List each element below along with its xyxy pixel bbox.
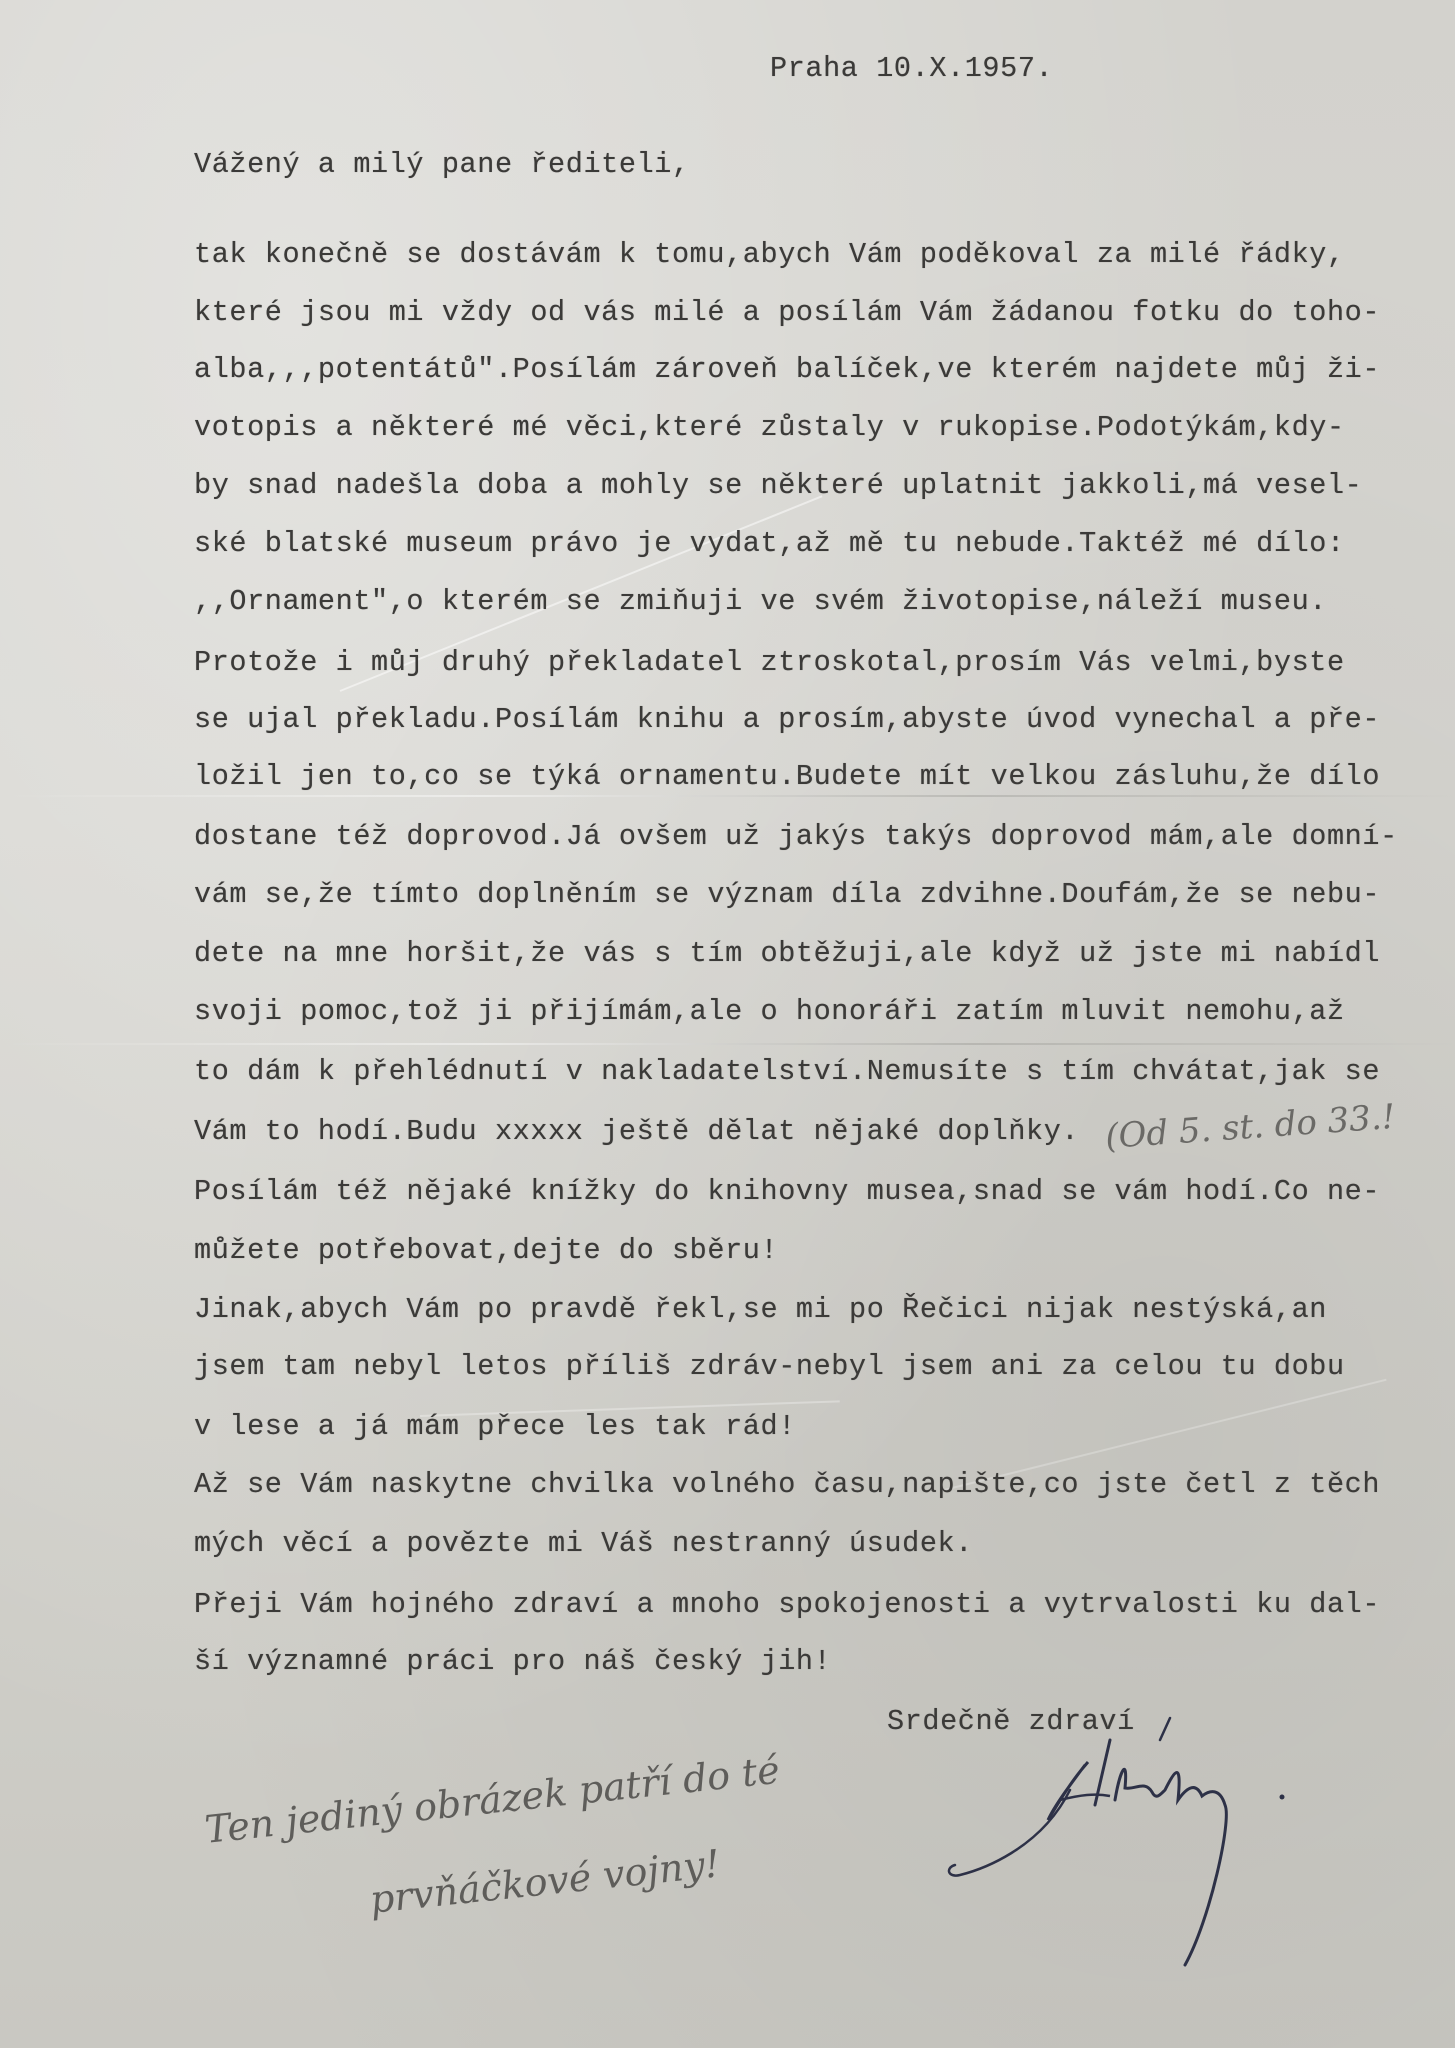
body-line: můžete potřebovat,dejte do sběru! [194, 1234, 778, 1267]
body-line: to dám k přehlédnutí v nakladatelství.Ne… [194, 1055, 1380, 1088]
body-line: jsem tam nebyl letos příliš zdráv-nebyl … [194, 1350, 1345, 1383]
handwritten-margin-note: (Od 5. st. do 33.! [1104, 1097, 1397, 1157]
body-line: alba,,,potentátů".Posílám zároveň balíče… [194, 353, 1380, 386]
body-line: Vám to hodí.Budu xxxxx ještě dělat nějak… [194, 1115, 1079, 1148]
body-line: ložil jen to,co se týká ornamentu.Budete… [194, 760, 1380, 793]
body-line: Až se Vám naskytne chvilka volného času,… [194, 1468, 1380, 1501]
body-line: Posílám též nějaké knížky do knihovny mu… [194, 1175, 1380, 1208]
body-line: svoji pomoc,tož ji přijímám,ale o honorá… [194, 995, 1345, 1028]
body-line: vám se,že tímto doplněním se význam díla… [194, 878, 1380, 911]
body-line: Jinak,abych Vám po pravdě řekl,se mi po … [194, 1293, 1327, 1326]
body-line: dostane též doprovod.Já ovšem už jakýs t… [194, 820, 1398, 853]
place-date: Praha 10.X.1957. [770, 52, 1053, 85]
salutation: Vážený a milý pane řediteli, [194, 148, 690, 181]
body-line: Protože i můj druhý překladatel ztroskot… [194, 646, 1345, 679]
letter-sheet: Praha 10.X.1957. Vážený a milý pane ředi… [0, 0, 1455, 2048]
body-line: ské blatské museum právo je vydat,až mě … [194, 527, 1345, 560]
body-line: se ujal překladu.Posílám knihu a prosím,… [194, 703, 1380, 736]
body-line: by snad nadešla doba a mohly se některé … [194, 469, 1362, 502]
body-line: dete na mne horšit,že vás s tím obtěžuji… [194, 937, 1380, 970]
paper-fold [0, 795, 1455, 797]
body-line: které jsou mi vždy od vás milé a posílám… [194, 296, 1380, 329]
body-line: ší významné práci pro náš český jih! [194, 1645, 831, 1678]
body-line: mých věcí a povězte mi Váš nestranný úsu… [194, 1527, 973, 1560]
body-line: tak konečně se dostávám k tomu,abych Vám… [194, 238, 1345, 271]
body-line: votopis a některé mé věci,které zůstaly … [194, 411, 1345, 444]
body-line: Přeji Vám hojného zdraví a mnoho spokoje… [194, 1588, 1380, 1621]
paper-fold [0, 1043, 1455, 1045]
handwritten-footer-note: prvňáčkové vojny! [368, 1841, 722, 1922]
body-line: ,,Ornament",o kterém se zmiňuji ve svém … [194, 585, 1327, 618]
handwritten-footer-note: Ten jediný obrázek patří do té [203, 1748, 782, 1852]
body-line: v lese a já mám přece les tak rád! [194, 1410, 796, 1443]
